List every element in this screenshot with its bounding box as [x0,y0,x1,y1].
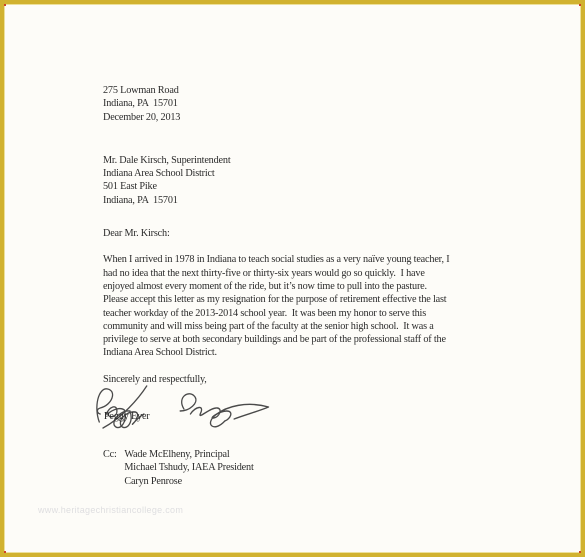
signature-block: Peggy Eyer [103,386,512,422]
body-line: privilege to serve at both secondary bui… [103,333,512,346]
body-line: enjoyed almost every moment of the ride,… [103,280,512,293]
recipient-street: 501 East Pike [103,180,512,193]
body-line: Please accept this letter as my resignat… [103,293,512,306]
corner-mark-bottom-right [579,551,585,557]
sender-street: 275 Lowman Road [103,84,512,97]
letter-content: 275 Lowman Road Indiana, PA 15701 Decemb… [103,84,512,488]
body-line: teacher workday of the 2013-2014 school … [103,307,512,320]
cc-label: Cc: [103,448,124,488]
sender-address-block: 275 Lowman Road Indiana, PA 15701 Decemb… [103,84,512,124]
cc-name: Caryn Penrose [124,475,253,488]
cc-block: Cc: Wade McElheny, Principal Michael Tsh… [103,448,512,488]
body-line: When I arrived in 1978 in Indiana to tea… [103,253,512,266]
sender-city: Indiana, PA 15701 [103,97,512,110]
corner-mark-bottom-left [0,551,6,557]
typed-signer-name: Peggy Eyer [104,410,150,423]
corner-mark-top-left [0,0,6,6]
letter-page: 275 Lowman Road Indiana, PA 15701 Decemb… [0,0,585,557]
recipient-city: Indiana, PA 15701 [103,194,512,207]
cc-names-list: Wade McElheny, Principal Michael Tshudy,… [124,448,253,488]
body-line: community and will miss being part of th… [103,320,512,333]
body-line: had no idea that the next thirty-five or… [103,267,512,280]
body-line: Indiana Area School District. [103,346,512,359]
letter-body: When I arrived in 1978 in Indiana to tea… [103,253,512,359]
recipient-org: Indiana Area School District [103,167,512,180]
recipient-address-block: Mr. Dale Kirsch, Superintendent Indiana … [103,154,512,207]
corner-mark-top-right [579,0,585,6]
recipient-name: Mr. Dale Kirsch, Superintendent [103,154,512,167]
cc-name: Wade McElheny, Principal [124,448,253,461]
salutation: Dear Mr. Kirsch: [103,227,512,240]
letter-date: December 20, 2013 [103,111,512,124]
watermark-url: www.heritagechristiancollege.com [38,505,183,515]
cc-name: Michael Tshudy, IAEA President [124,461,253,474]
